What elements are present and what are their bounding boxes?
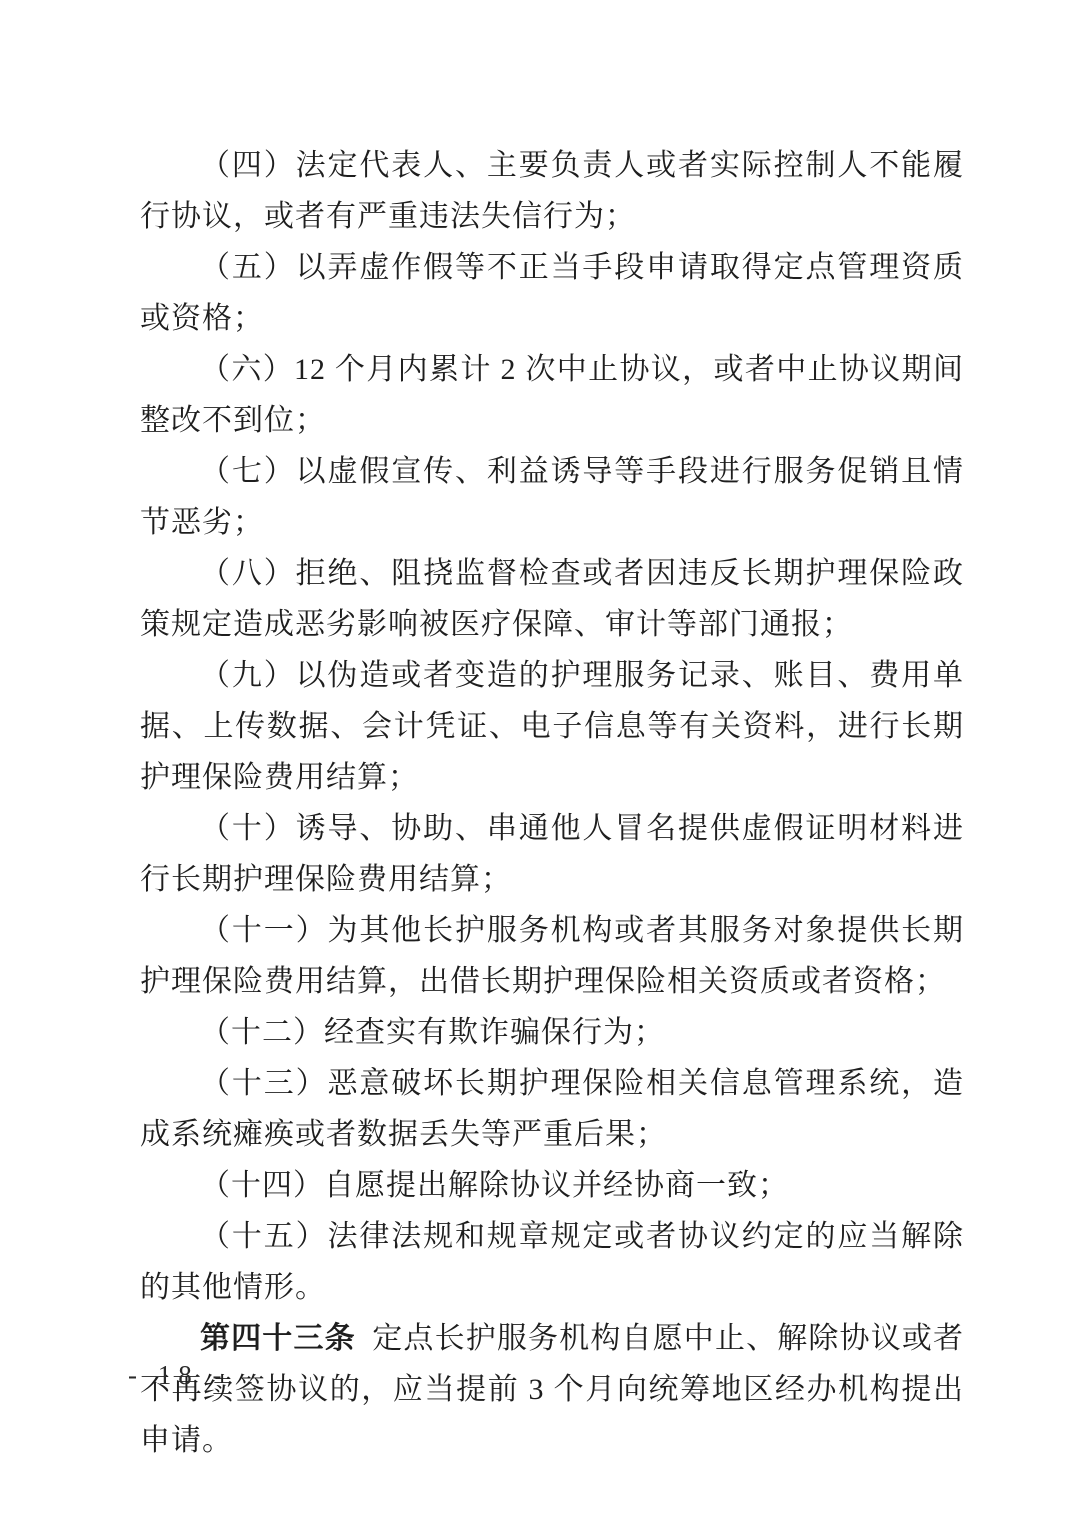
clause-paragraph: （六）12 个月内累计 2 次中止协议，或者中止协议期间整改不到位； xyxy=(140,344,964,446)
document-body: （四）法定代表人、主要负责人或者实际控制人不能履行协议，或者有严重违法失信行为；… xyxy=(140,140,964,1466)
article-number: 第四十三条 xyxy=(200,1322,356,1355)
clause-paragraph: （十一）为其他长护服务机构或者其服务对象提供长期护理保险费用结算，出借长期护理保… xyxy=(140,905,964,1007)
clause-paragraph: （十四）自愿提出解除协议并经协商一致； xyxy=(140,1160,964,1211)
clause-paragraph: （四）法定代表人、主要负责人或者实际控制人不能履行协议，或者有严重违法失信行为； xyxy=(140,140,964,242)
clause-paragraph: （五）以弄虚作假等不正当手段申请取得定点管理资质或资格； xyxy=(140,242,964,344)
clause-paragraph: （十三）恶意破坏长期护理保险相关信息管理系统，造成系统瘫痪或者数据丢失等严重后果… xyxy=(140,1058,964,1160)
clause-paragraph: （十二）经查实有欺诈骗保行为； xyxy=(140,1007,964,1058)
article-paragraph: 第四十三条定点长护服务机构自愿中止、解除协议或者不再续签协议的，应当提前 3 个… xyxy=(140,1313,964,1466)
clause-paragraph: （八）拒绝、阻挠监督检查或者因违反长期护理保险政策规定造成恶劣影响被医疗保障、审… xyxy=(140,548,964,650)
page-number: - 18 - xyxy=(128,1360,228,1391)
document-page: （四）法定代表人、主要负责人或者实际控制人不能履行协议，或者有严重违法失信行为；… xyxy=(0,0,1074,1520)
clause-paragraph: （七）以虚假宣传、利益诱导等手段进行服务促销且情节恶劣； xyxy=(140,446,964,548)
clause-paragraph: （十五）法律法规和规章规定或者协议约定的应当解除的其他情形。 xyxy=(140,1211,964,1313)
clause-paragraph: （十）诱导、协助、串通他人冒名提供虚假证明材料进行长期护理保险费用结算； xyxy=(140,803,964,905)
clause-paragraph: （九）以伪造或者变造的护理服务记录、账目、费用单据、上传数据、会计凭证、电子信息… xyxy=(140,650,964,803)
